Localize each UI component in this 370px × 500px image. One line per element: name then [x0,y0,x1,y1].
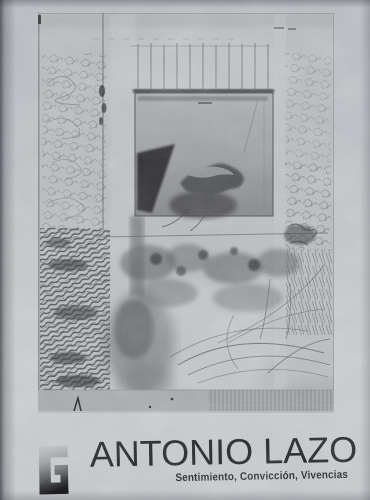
title-band: ANTONIO LAZO Sentimiento, Convicción, Vi… [0,426,370,500]
book-cover-photo: ANTONIO LAZO Sentimiento, Convicción, Vi… [0,0,370,500]
publisher-logo-g-icon [39,445,69,495]
left-scribble-column [40,53,110,395]
cover-subtitle: Sentimiento, Convicción, Vivencias [175,469,348,484]
central-window-panel [135,93,273,231]
cover-artwork [38,13,334,413]
cover-title: ANTONIO LAZO [89,432,357,473]
abstract-artwork-canvas [38,13,334,413]
bottom-striated-band [38,390,334,413]
right-scribble-column [284,53,332,335]
